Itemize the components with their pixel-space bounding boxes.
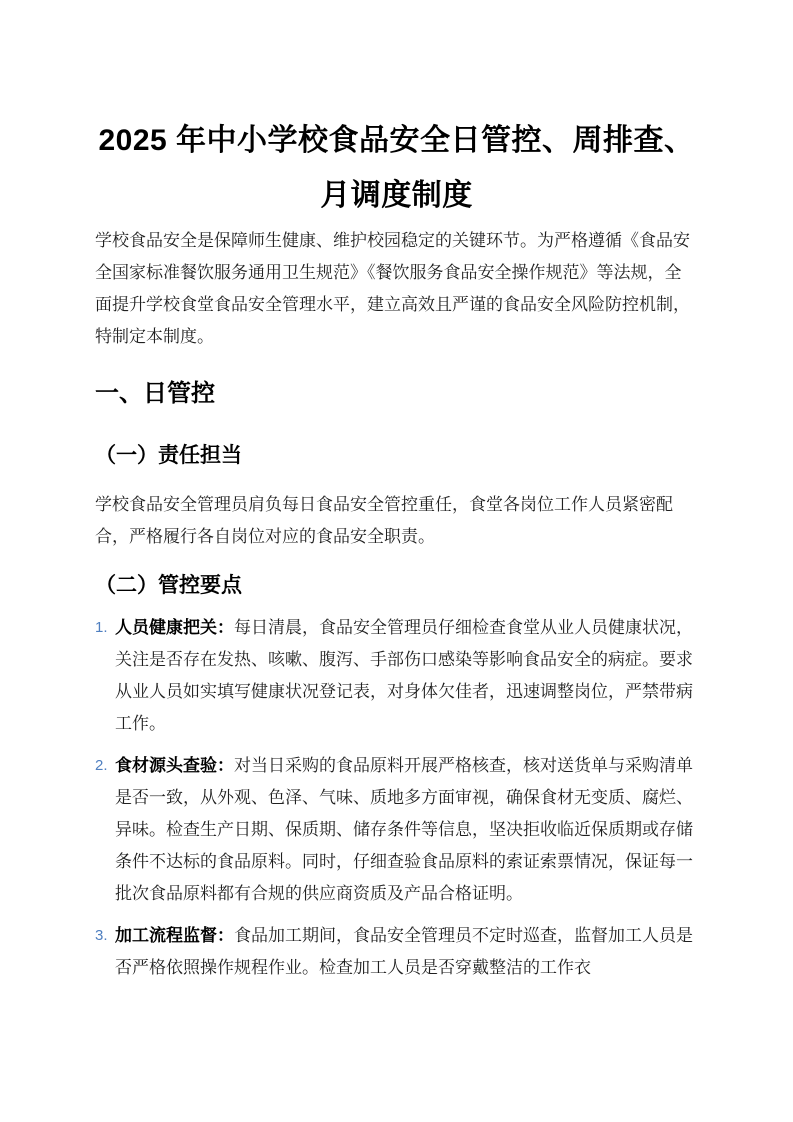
list-item-personnel-health: 1. 人员健康把关：每日清晨，食品安全管理员仔细检查食堂从业人员健康状况，关注是… <box>95 612 698 740</box>
list-item-text: 对当日采购的食品原料开展严格核查，核对送货单与采购清单是否一致，从外观、色泽、气… <box>115 756 693 903</box>
list-item-number: 1. <box>95 612 115 644</box>
list-item-title: 人员健康把关： <box>115 618 234 637</box>
list-item-number: 3. <box>95 920 115 952</box>
list-item-title: 食材源头查验： <box>115 756 234 775</box>
section-heading-daily-control: 一、日管控 <box>95 377 698 411</box>
document-title: 2025 年中小学校食品安全日管控、周排查、月调度制度 <box>95 113 698 223</box>
subsection-heading-control-points: （二）管控要点 <box>95 571 698 601</box>
list-item-title: 加工流程监督： <box>115 926 234 945</box>
list-item-body: 食材源头查验：对当日采购的食品原料开展严格核查，核对送货单与采购清单是否一致，从… <box>115 750 698 910</box>
responsibility-paragraph: 学校食品安全管理员肩负每日食品安全管控重任，食堂各岗位工作人员紧密配合，严格履行… <box>95 489 698 553</box>
list-item-number: 2. <box>95 750 115 782</box>
list-item-processing-supervision: 3. 加工流程监督：食品加工期间，食品安全管理员不定时巡查，监督加工人员是否严格… <box>95 920 698 984</box>
list-item-body: 人员健康把关：每日清晨，食品安全管理员仔细检查食堂从业人员健康状况，关注是否存在… <box>115 612 698 740</box>
intro-paragraph: 学校食品安全是保障师生健康、维护校园稳定的关键环节。为严格遵循《食品安全国家标准… <box>95 225 698 353</box>
list-item-body: 加工流程监督：食品加工期间，食品安全管理员不定时巡查，监督加工人员是否严格依照操… <box>115 920 698 984</box>
list-item-ingredient-inspection: 2. 食材源头查验：对当日采购的食品原料开展严格核查，核对送货单与采购清单是否一… <box>95 750 698 910</box>
subsection-heading-responsibility: （一）责任担当 <box>95 441 698 471</box>
control-points-list: 1. 人员健康把关：每日清晨，食品安全管理员仔细检查食堂从业人员健康状况，关注是… <box>95 612 698 984</box>
document-page: 2025 年中小学校食品安全日管控、周排查、月调度制度 学校食品安全是保障师生健… <box>0 0 793 1122</box>
